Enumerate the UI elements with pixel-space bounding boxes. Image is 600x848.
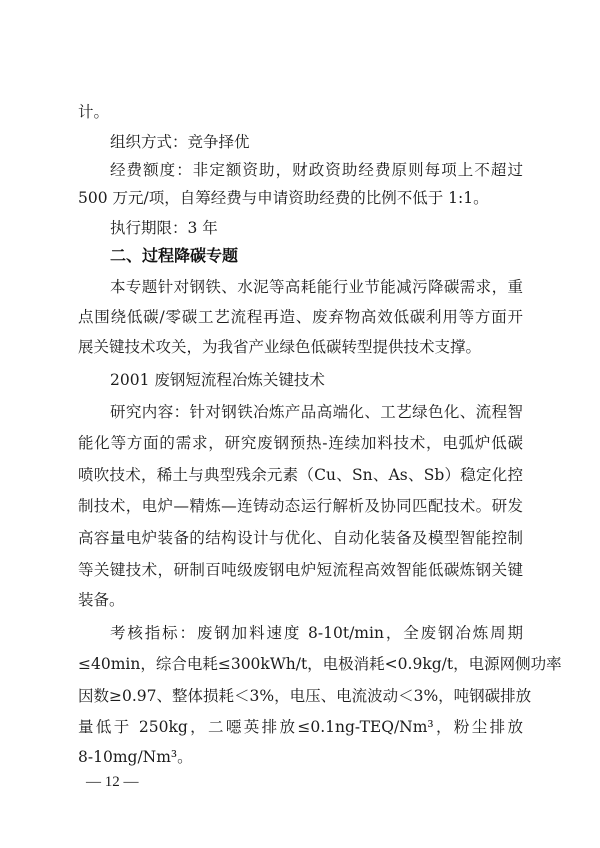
organization-method-line: 组织方式：竞争择优 bbox=[110, 131, 523, 153]
section-intro-line: 点围绕低碳/零碳工艺流程再造、废弃物高效低碳利用等方面开 bbox=[78, 306, 523, 328]
section-heading: 二、过程降碳专题 bbox=[110, 245, 523, 267]
research-content-line: 等关键技术，研制百吨级废钢电炉短流程高效智能低碳炼钢关键 bbox=[78, 559, 523, 581]
research-content-line: 高容量电炉装备的结构设计与优化、自动化装备及模型智能控制 bbox=[78, 527, 523, 549]
page-number: — 12 — bbox=[86, 771, 139, 793]
document-page: 计。 组织方式：竞争择优 经费额度：非定额资助，财政资助经费原则每项上不超过 5… bbox=[0, 0, 600, 848]
assessment-indicator-line: 8-10mg/Nm³。 bbox=[78, 746, 523, 768]
funding-amount-line-cont: 500 万元/项，自筹经费与申请资助经费的比例不低于 1:1。 bbox=[78, 187, 523, 209]
execution-period-line: 执行期限：3 年 bbox=[110, 217, 523, 239]
research-content-line: 能化等方面的需求，研究废钢预热-连续加料技术，电弧炉低碳 bbox=[78, 432, 523, 454]
assessment-indicator-line: 量低于 250kg，二噁英排放≤0.1ng-TEQ/Nm³，粉尘排放 bbox=[78, 716, 523, 738]
funding-amount-line: 经费额度：非定额资助，财政资助经费原则每项上不超过 bbox=[110, 159, 523, 181]
research-content-line: 研究内容：针对钢铁冶炼产品高端化、工艺绿色化、流程智 bbox=[110, 401, 523, 423]
research-content-line: 制技术，电炉—精炼—连铸动态运行解析及协同匹配技术。研发 bbox=[78, 495, 523, 517]
research-content-line: 喷吹技术，稀土与典型残余元素（Cu、Sn、As、Sb）稳定化控 bbox=[78, 464, 523, 486]
assessment-indicator-line: 考核指标：废钢加料速度 8-10t/min，全废钢冶炼周期 bbox=[110, 622, 523, 644]
research-content-line: 装备。 bbox=[78, 589, 523, 611]
assessment-indicator-line: ≤40min，综合电耗≤300kWh/t，电极消耗<0.9kg/t，电源网侧功率 bbox=[78, 653, 523, 675]
project-title: 2001 废钢短流程冶炼关键技术 bbox=[110, 369, 523, 391]
assessment-indicator-line: 因数≥0.97、整体损耗＜3%，电压、电流波动＜3%，吨钢碳排放 bbox=[78, 685, 523, 707]
text-line: 计。 bbox=[78, 101, 523, 123]
section-intro-line: 本专题针对钢铁、水泥等高耗能行业节能减污降碳需求，重 bbox=[110, 276, 523, 298]
section-intro-line: 展关键技术攻关，为我省产业绿色低碳转型提供技术支撑。 bbox=[78, 336, 523, 358]
